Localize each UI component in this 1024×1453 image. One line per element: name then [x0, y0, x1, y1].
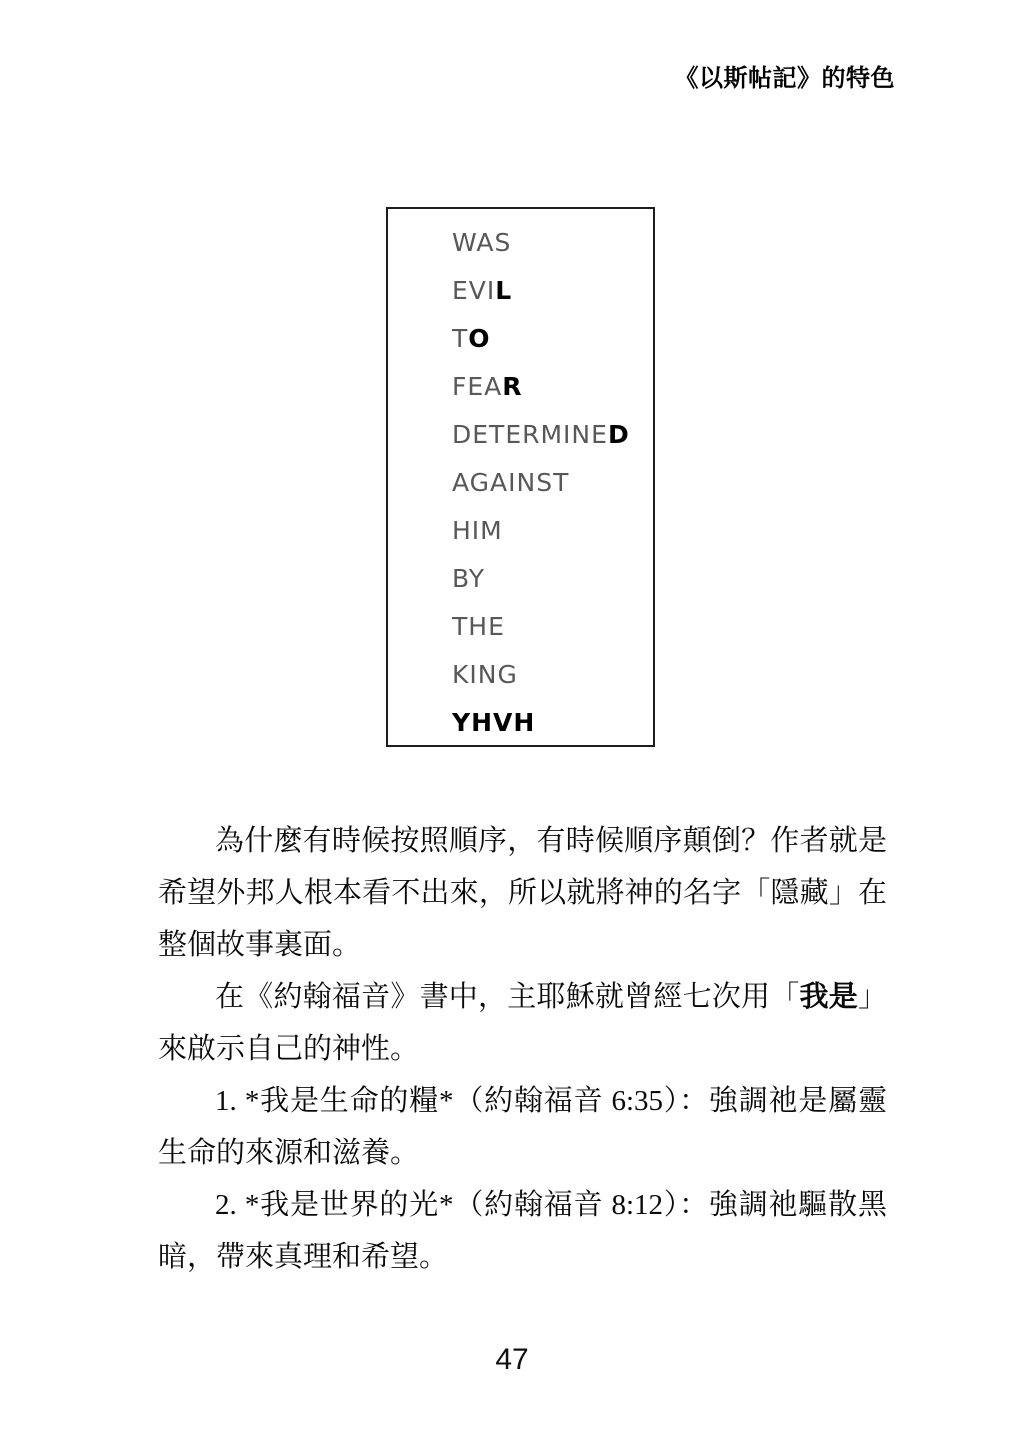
acrostic-word: DETERMINED: [452, 411, 653, 459]
document-page: { "header": { "title": "《以斯帖記》的特色" }, "a…: [0, 0, 1024, 1453]
body-text-segment: 整個故事裏面。: [158, 929, 361, 961]
body-text-segment: 為什麼有時候按照順序，有時候順序顛倒？作者就是: [215, 825, 887, 857]
paragraph-line: 2. *我是世界的光*（約翰福音 8:12）：強調祂驅散黑: [158, 1179, 887, 1231]
acrostic-box: WASEVILTOFEARDETERMINEDAGAINSTHIMBYTHEKI…: [386, 207, 655, 747]
acrostic-word: YHVH: [452, 699, 653, 747]
paragraph: 在《約翰福音》書中，主耶穌就曾經七次用「我是」來啟示自己的神性。: [158, 971, 887, 1075]
body-text-segment: 在《約翰福音》書中，主耶穌就曾經七次用「: [215, 981, 800, 1013]
paragraph-line: 1. *我是生命的糧*（約翰福音 6:35）：強調祂是屬靈: [158, 1075, 887, 1127]
body-text-segment: 」: [858, 981, 887, 1013]
paragraph: 為什麼有時候按照順序，有時候順序顛倒？作者就是希望外邦人根本看不出來，所以就將神…: [158, 815, 887, 971]
running-header-title: 《以斯帖記》的特色: [675, 58, 896, 93]
acrostic-word: WAS: [452, 219, 653, 267]
paragraph-line: 整個故事裏面。: [158, 919, 887, 971]
acrostic-word-plain-part: FEA: [452, 372, 502, 401]
body-text-segment: 生命的來源和滋養。: [158, 1137, 419, 1169]
acrostic-word-hidden-letter: D: [608, 420, 630, 449]
body-text-segment: 來啟示自己的神性。: [158, 1033, 419, 1065]
paragraph-line: 暗，帶來真理和希望。: [158, 1231, 887, 1283]
acrostic-word: THE: [452, 603, 653, 651]
acrostic-word-plain-part: WAS: [452, 228, 511, 257]
acrostic-word: AGAINST: [452, 459, 653, 507]
paragraph: 1. *我是生命的糧*（約翰福音 6:35）：強調祂是屬靈生命的來源和滋養。: [158, 1075, 887, 1179]
acrostic-word: HIM: [452, 507, 653, 555]
acrostic-word: TO: [452, 315, 653, 363]
acrostic-word-plain-part: BY: [452, 564, 485, 593]
acrostic-word-hidden-letter: R: [502, 372, 522, 401]
acrostic-word-hidden-letter: L: [495, 276, 512, 305]
acrostic-word-plain-part: HIM: [452, 516, 503, 545]
paragraph: 2. *我是世界的光*（約翰福音 8:12）：強調祂驅散黑暗，帶來真理和希望。: [158, 1179, 887, 1283]
emphasized-text: 我是: [800, 981, 858, 1013]
paragraph-line: 生命的來源和滋養。: [158, 1127, 887, 1179]
body-text-segment: 2. *我是世界的光*（約翰福音 8:12）：強調祂驅散黑: [215, 1189, 887, 1221]
acrostic-word: KING: [452, 651, 653, 699]
body-text: 為什麼有時候按照順序，有時候順序顛倒？作者就是希望外邦人根本看不出來，所以就將神…: [158, 815, 887, 1283]
paragraph-line: 為什麼有時候按照順序，有時候順序顛倒？作者就是: [158, 815, 887, 867]
acrostic-word-list: WASEVILTOFEARDETERMINEDAGAINSTHIMBYTHEKI…: [388, 209, 653, 747]
acrostic-word-hidden-letter: O: [468, 324, 490, 353]
acrostic-word: EVIL: [452, 267, 653, 315]
acrostic-word: FEAR: [452, 363, 653, 411]
acrostic-word-plain-part: T: [452, 324, 468, 353]
page-number: 47: [0, 1343, 1024, 1377]
paragraph-line: 來啟示自己的神性。: [158, 1023, 887, 1075]
paragraph-line: 希望外邦人根本看不出來，所以就將神的名字「隱藏」在: [158, 867, 887, 919]
body-text-segment: 1. *我是生命的糧*（約翰福音 6:35）：強調祂是屬靈: [215, 1085, 887, 1117]
acrostic-word-plain-part: EVI: [452, 276, 495, 305]
acrostic-word-plain-part: KING: [452, 660, 518, 689]
acrostic-word: BY: [452, 555, 653, 603]
acrostic-word-plain-part: AGAINST: [452, 468, 569, 497]
paragraph-line: 在《約翰福音》書中，主耶穌就曾經七次用「我是」: [158, 971, 887, 1023]
acrostic-word-plain-part: DETERMINE: [452, 420, 608, 449]
body-text-segment: 暗，帶來真理和希望。: [158, 1241, 448, 1273]
body-text-segment: 希望外邦人根本看不出來，所以就將神的名字「隱藏」在: [158, 877, 887, 909]
acrostic-word-plain-part: THE: [452, 612, 505, 641]
acrostic-word-hidden-letter: YHVH: [452, 708, 535, 737]
